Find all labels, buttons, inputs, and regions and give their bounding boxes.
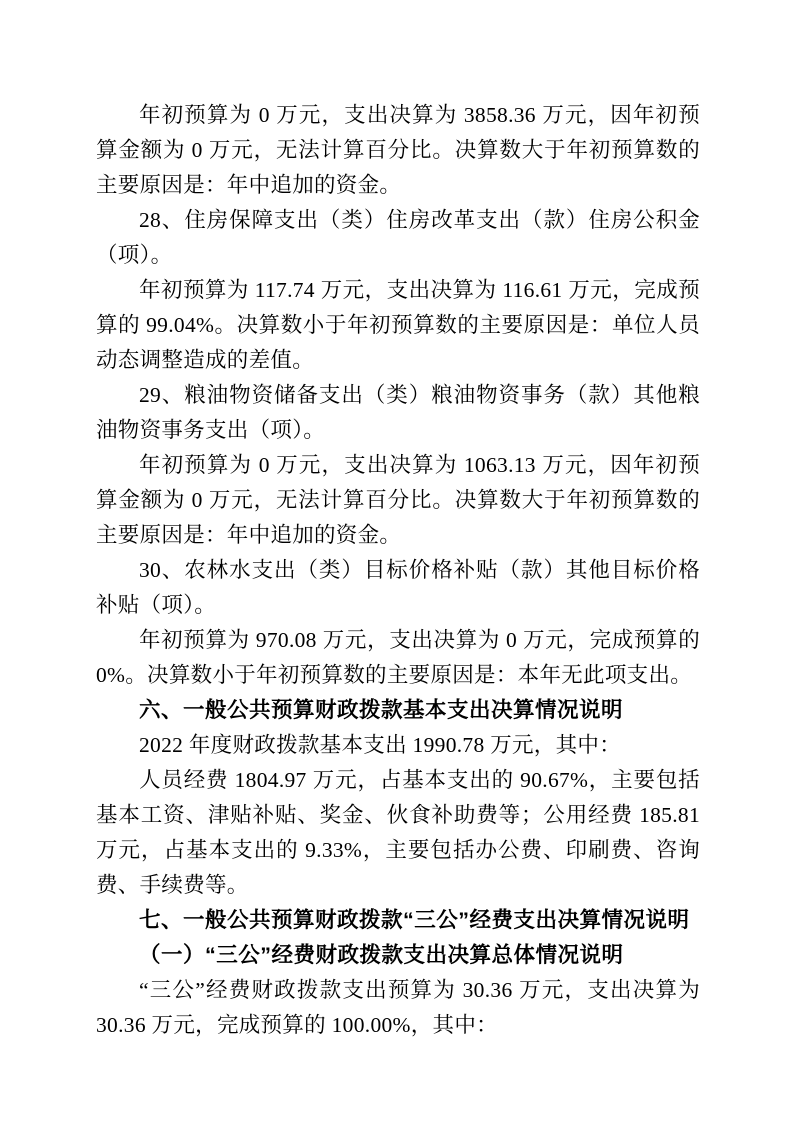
para-item28-detail: 年初预算为 117.74 万元，支出决算为 116.61 万元，完成预算的 99… [96, 273, 700, 378]
para-item30-detail: 年初预算为 970.08 万元，支出决算为 0 万元，完成预算的 0%。决算数小… [96, 623, 700, 693]
document-content: 年初预算为 0 万元，支出决算为 3858.36 万元，因年初预算金额为 0 万… [96, 98, 700, 1043]
document-page: 年初预算为 0 万元，支出决算为 3858.36 万元，因年初预算金额为 0 万… [0, 0, 793, 1122]
heading-section-6: 六、一般公共预算财政拨款基本支出决算情况说明 [96, 693, 700, 728]
para-section6-breakdown: 人员经费 1804.97 万元，占基本支出的 90.67%，主要包括基本工资、津… [96, 763, 700, 903]
para-item27-variance-explanation: 年初预算为 0 万元，支出决算为 3858.36 万元，因年初预算金额为 0 万… [96, 98, 700, 203]
para-item30-title: 30、农林水支出（类）目标价格补贴（款）其他目标价格补贴（项）。 [96, 553, 700, 623]
para-item29-title: 29、粮油物资储备支出（类）粮油物资事务（款）其他粮油物资事务支出（项）。 [96, 378, 700, 448]
para-three-public-overview: “三公”经费财政拨款支出预算为 30.36 万元，支出决算为 30.36 万元，… [96, 973, 700, 1043]
para-section6-total: 2022 年度财政拨款基本支出 1990.78 万元，其中： [96, 728, 700, 763]
para-item29-detail: 年初预算为 0 万元，支出决算为 1063.13 万元，因年初预算金额为 0 万… [96, 448, 700, 553]
para-item28-title: 28、住房保障支出（类）住房改革支出（款）住房公积金（项）。 [96, 203, 700, 273]
heading-section-7-1: （一）“三公”经费财政拨款支出决算总体情况说明 [96, 938, 700, 973]
heading-section-7: 七、一般公共预算财政拨款“三公”经费支出决算情况说明 [96, 903, 700, 938]
